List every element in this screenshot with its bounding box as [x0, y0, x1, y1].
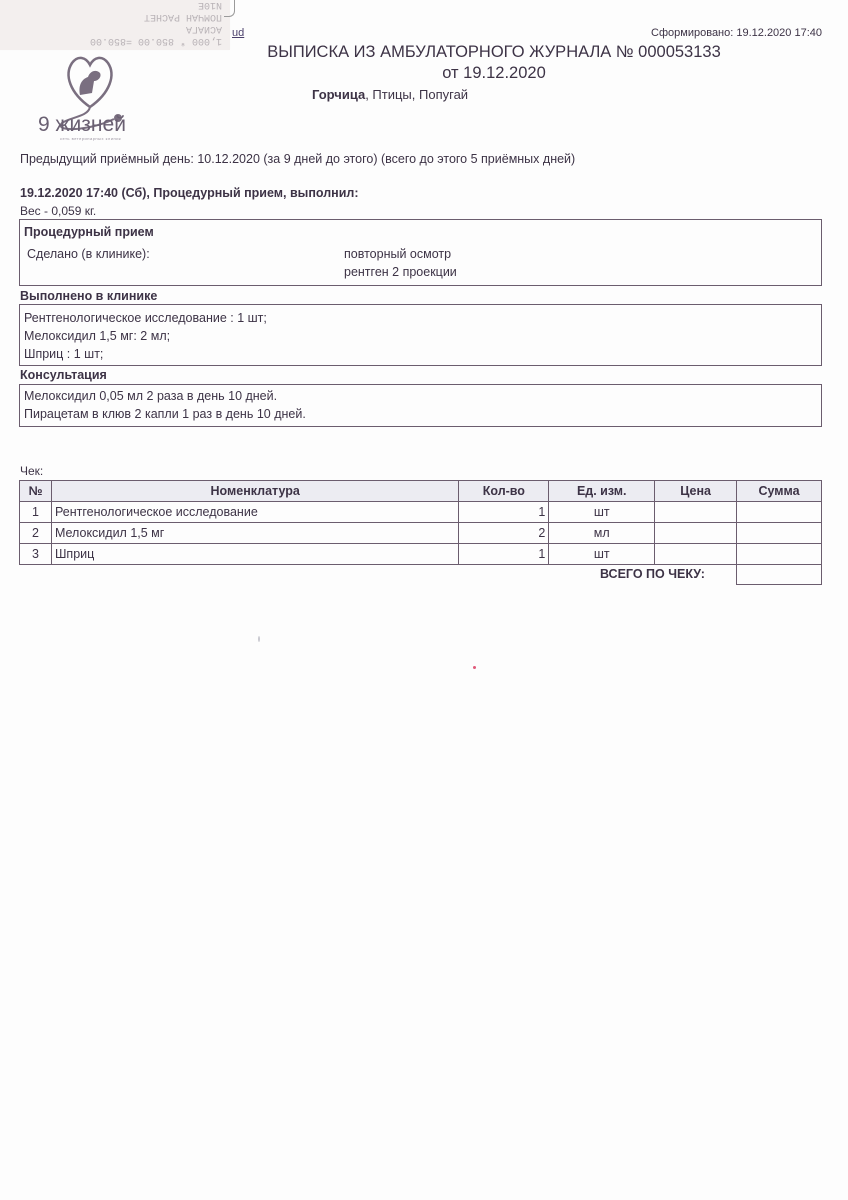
consultation-box: Мелоксидил 0,05 мл 2 раза в день 10 дней…	[19, 384, 822, 427]
done-in-clinic-box: Рентгенологическое исследование : 1 шт; …	[19, 304, 822, 366]
scan-speck	[258, 636, 260, 642]
procedure-value: рентген 2 проекции	[344, 265, 457, 279]
service-line: Рентгенологическое исследование : 1 шт;	[24, 309, 821, 327]
link-fragment[interactable]: ud	[232, 27, 244, 39]
table-row: 3 Шприц 1 шт	[20, 544, 822, 565]
receipt-line: ПОМЧАН РАСНЕТ	[8, 10, 222, 22]
scan-speck	[473, 666, 476, 669]
service-line: Шприц : 1 шт;	[24, 345, 821, 363]
column-header-price: Цена	[655, 481, 737, 502]
procedure-box: Процедурный прием Сделано (в клинике): п…	[19, 219, 822, 286]
cell-number: 3	[20, 544, 52, 565]
cell-sum	[737, 502, 822, 523]
column-header-name: Номенклатура	[51, 481, 458, 502]
paper-clip-mark	[224, 0, 235, 17]
cell-price	[655, 523, 737, 544]
cell-price	[655, 544, 737, 565]
cell-unit: шт	[549, 502, 655, 523]
check-table: № Номенклатура Кол-во Ед. изм. Цена Сумм…	[19, 480, 822, 565]
cell-sum	[737, 544, 822, 565]
visit-heading: 19.12.2020 17:40 (Сб), Процедурный прием…	[20, 186, 358, 200]
cell-qty: 1	[459, 502, 549, 523]
weight: Вес - 0,059 кг.	[20, 204, 96, 218]
patient-name: Горчица	[312, 87, 365, 102]
service-line: Мелоксидил 1,5 мг: 2 мл;	[24, 327, 821, 345]
column-header-sum: Сумма	[737, 481, 822, 502]
cell-price	[655, 502, 737, 523]
cell-unit: мл	[549, 523, 655, 544]
generated-timestamp: Сформировано: 19.12.2020 17:40	[651, 27, 822, 39]
check-label: Чек:	[20, 464, 43, 478]
table-header-row: № Номенклатура Кол-во Ед. изм. Цена Сумм…	[20, 481, 822, 502]
cell-name: Шприц	[51, 544, 458, 565]
document-title: ВЫПИСКА ИЗ АМБУЛАТОРНОГО ЖУРНАЛА № 00005…	[0, 43, 848, 62]
cell-sum	[737, 523, 822, 544]
procedure-value: повторный осмотр	[344, 247, 451, 261]
cell-unit: шт	[549, 544, 655, 565]
cell-name: Мелоксидил 1,5 мг	[51, 523, 458, 544]
table-row: 1 Рентгенологическое исследование 1 шт	[20, 502, 822, 523]
document-date: от 19.12.2020	[0, 64, 848, 83]
recommendation-line: Мелоксидил 0,05 мл 2 раза в день 10 дней…	[24, 387, 821, 405]
cell-number: 1	[20, 502, 52, 523]
receipt-line: АСИАГА	[8, 22, 222, 34]
column-header-unit: Ед. изм.	[549, 481, 655, 502]
receipt-line: N10E	[8, 0, 222, 10]
column-header-qty: Кол-во	[459, 481, 549, 502]
cell-name: Рентгенологическое исследование	[51, 502, 458, 523]
previous-visit-info: Предыдущий приёмный день: 10.12.2020 (за…	[20, 152, 575, 166]
procedure-heading: Процедурный прием	[24, 225, 154, 239]
cell-qty: 2	[459, 523, 549, 544]
column-header-number: №	[20, 481, 52, 502]
cell-qty: 1	[459, 544, 549, 565]
done-in-clinic-heading: Выполнено в клинике	[20, 289, 157, 303]
patient-species: , Птицы, Попугай	[365, 87, 468, 102]
total-value	[736, 565, 822, 585]
total-label: ВСЕГО ПО ЧЕКУ:	[600, 567, 705, 581]
recommendation-line: Пирацетам в клюв 2 капли 1 раз в день 10…	[24, 405, 821, 423]
consultation-heading: Консультация	[20, 368, 107, 382]
table-row: 2 Мелоксидил 1,5 мг 2 мл	[20, 523, 822, 544]
patient-info: Горчица, Птицы, Попугай	[312, 87, 468, 102]
cell-number: 2	[20, 523, 52, 544]
logo-name: 9 жизней	[38, 113, 126, 137]
logo-tagline: сеть ветеринарных клиник	[60, 136, 121, 141]
procedure-label: Сделано (в клинике):	[27, 247, 150, 261]
